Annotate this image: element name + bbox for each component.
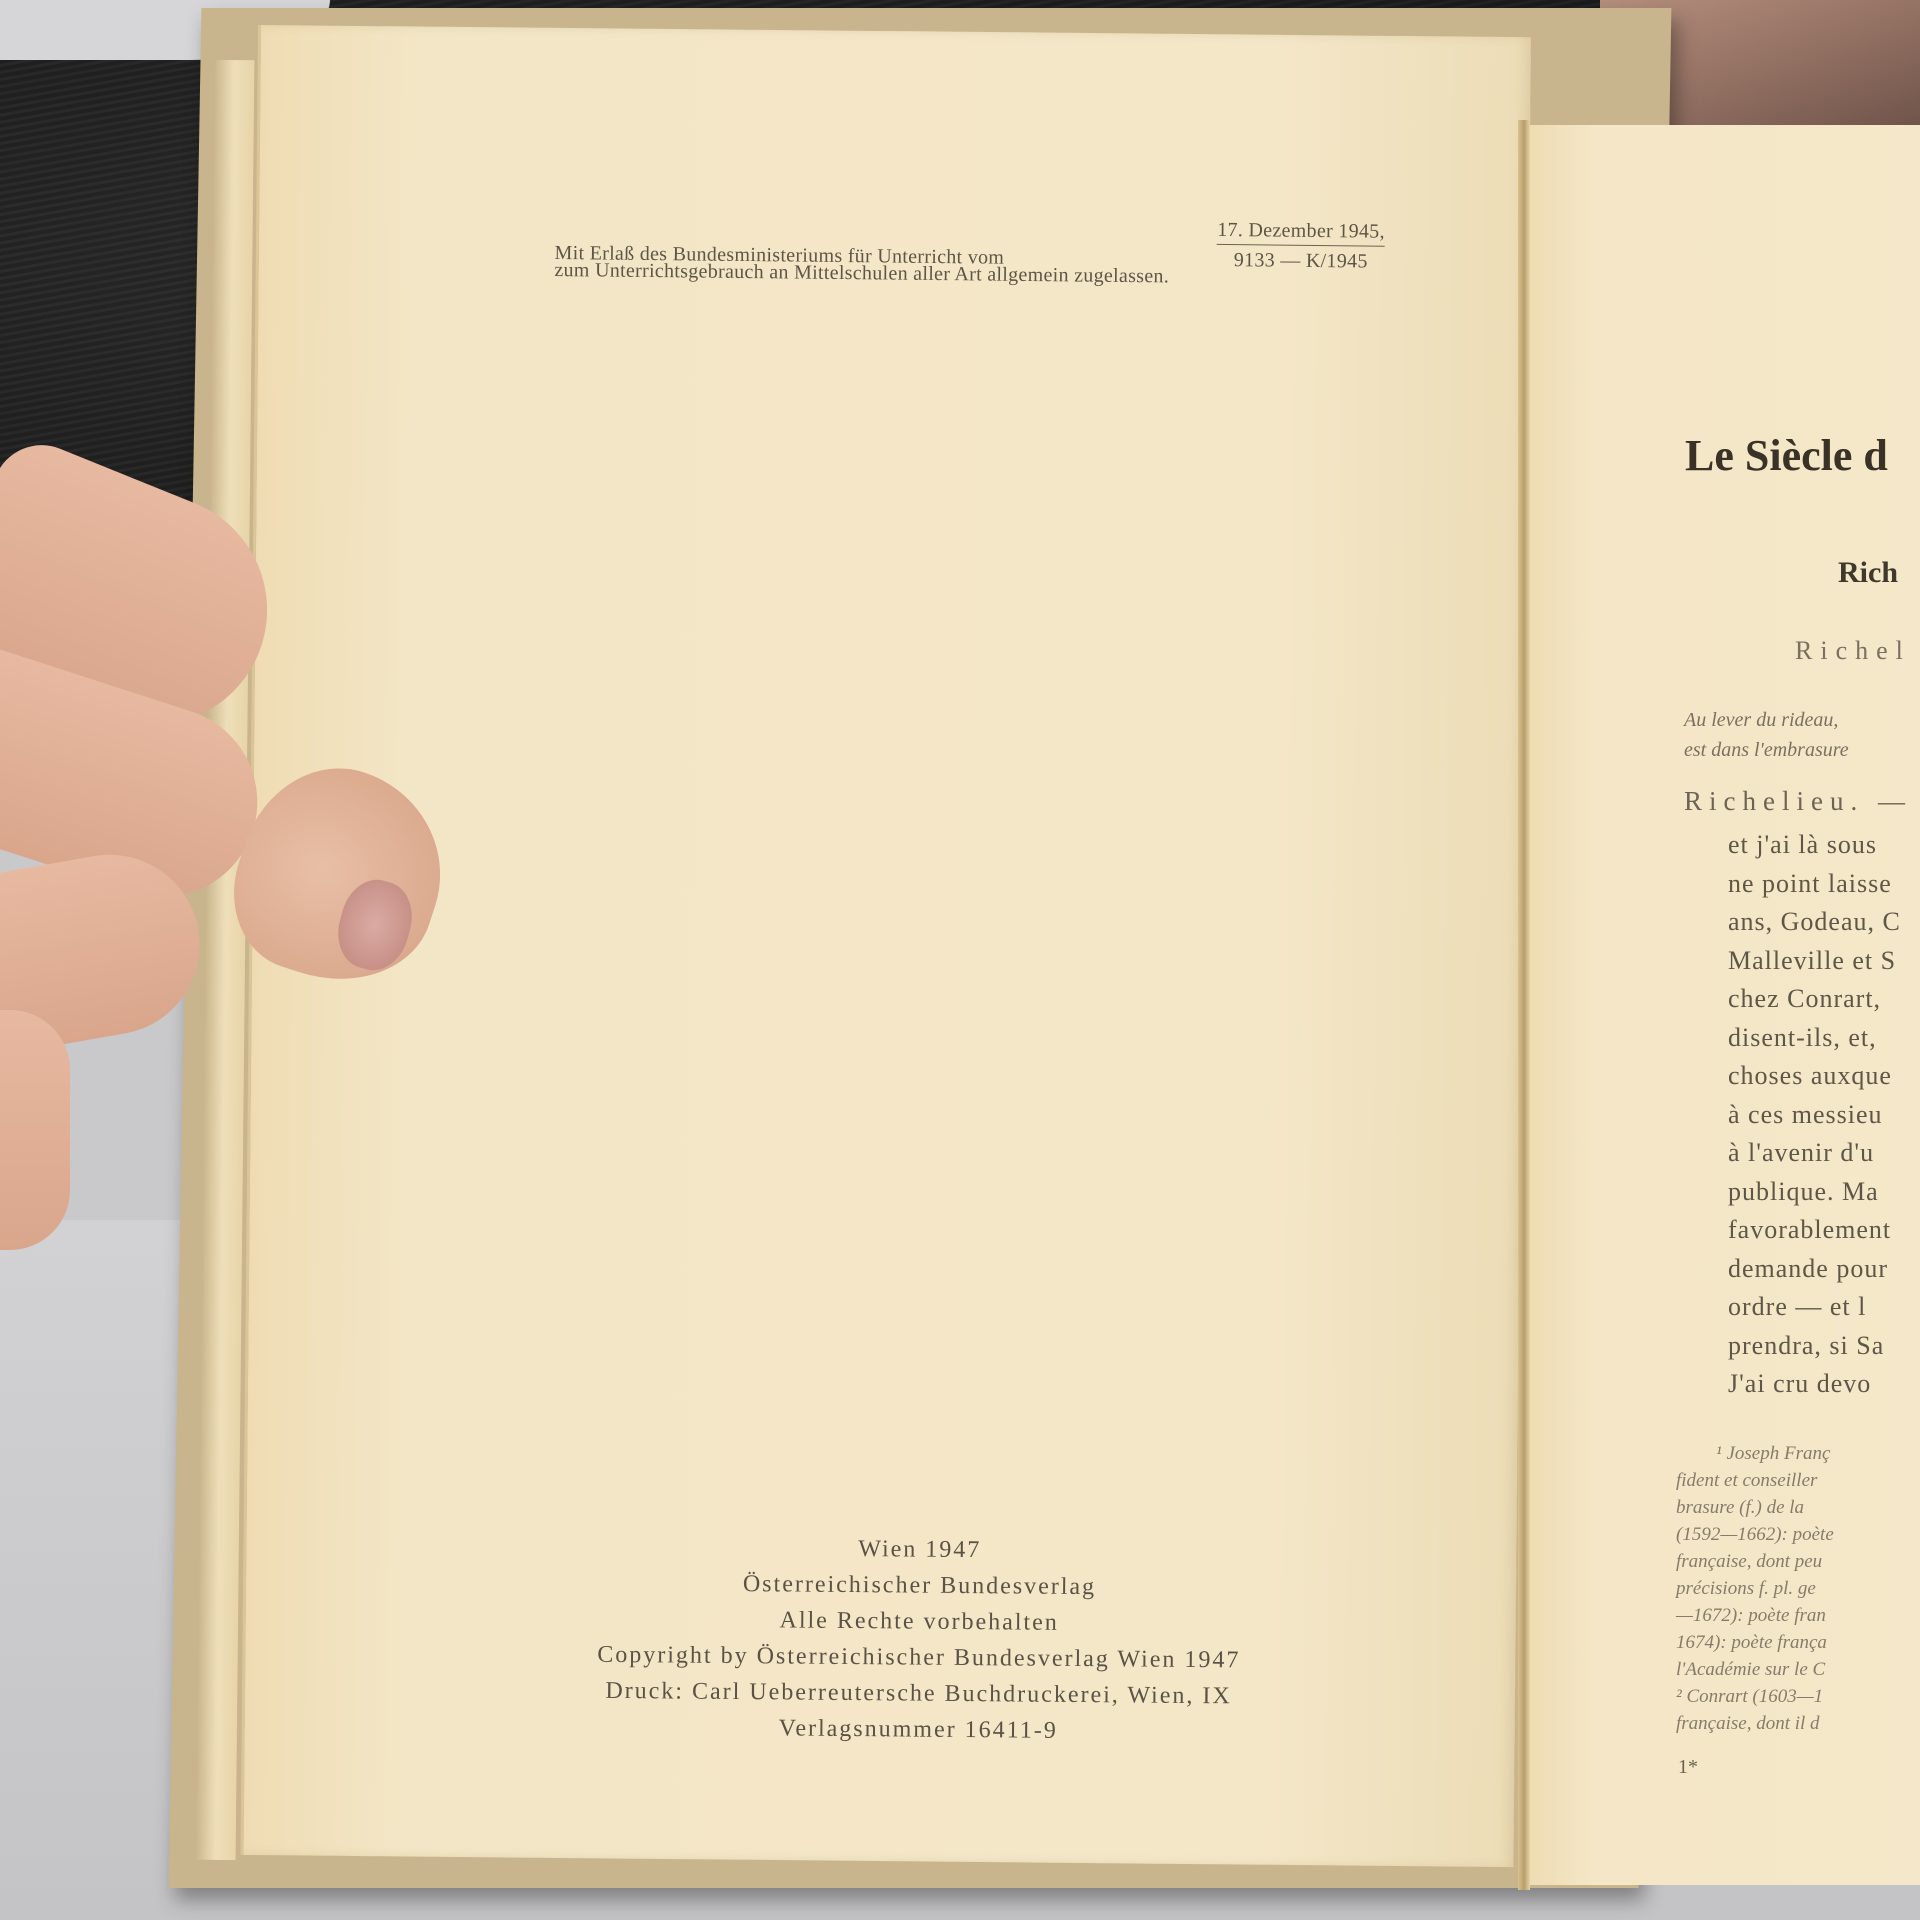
imprint-printer: Druck: Carl Ueberreutersche Buchdruckere… (503, 1672, 1333, 1715)
stage-direction-line: est dans l'embrasure (1684, 735, 1849, 765)
book-gutter (1518, 120, 1530, 1890)
body-line: ordre — et l (1728, 1288, 1901, 1327)
approval-reference: 9133 — K/1945 (1217, 245, 1385, 274)
approval-date-fraction: 17. Dezember 1945, 9133 — K/1945 (1217, 219, 1385, 274)
speaker-name: Richelieu. — (1684, 786, 1912, 817)
little-finger (0, 1010, 70, 1250)
section-heading: Rich (1838, 556, 1898, 590)
body-text: et j'ai là sous ne point laisse ans, God… (1728, 826, 1901, 1404)
footnote-line: précisions f. pl. ge (1676, 1575, 1834, 1602)
body-line: ans, Godeau, C (1728, 903, 1901, 942)
approval-date: 17. Dezember 1945, (1217, 219, 1385, 247)
body-line: choses auxque (1728, 1057, 1901, 1096)
footnote-line: l'Académie sur le C (1676, 1656, 1834, 1683)
footnote-line: (1592—1662): poète (1676, 1521, 1834, 1548)
body-line: ne point laisse (1728, 865, 1901, 904)
footnote-line: —1672): poète fran (1676, 1602, 1834, 1629)
footnote-line: brasure (f.) de la (1676, 1494, 1834, 1521)
footnote-line: fident et conseiller (1676, 1467, 1834, 1494)
footnote-line: ¹ Joseph Franç (1676, 1440, 1834, 1467)
approval-notice: Mit Erlaß des Bundesministeriums für Unt… (554, 212, 1385, 291)
body-line: J'ai cru devo (1728, 1365, 1901, 1404)
body-line: à l'avenir d'u (1728, 1134, 1901, 1173)
body-line: chez Conrart, (1728, 980, 1901, 1019)
body-line: publique. Ma (1728, 1173, 1901, 1212)
character-heading: Richel (1795, 636, 1911, 666)
imprint-publisher-number: Verlagsnummer 16411-9 (503, 1708, 1333, 1751)
footnote-line: française, dont il d (1676, 1710, 1834, 1737)
body-line: prendra, si Sa (1728, 1327, 1901, 1366)
stage-direction-line: Au lever du rideau, (1684, 705, 1849, 735)
footnotes: ¹ Joseph Franç fident et conseiller bras… (1676, 1440, 1834, 1737)
body-line: et j'ai là sous (1728, 826, 1901, 865)
chapter-title: Le Siècle d (1685, 430, 1888, 481)
body-line: à ces messieu (1728, 1096, 1901, 1135)
body-line: demande pour (1728, 1250, 1901, 1289)
footnote-line: 1674): poète frança (1676, 1629, 1834, 1656)
footnote-line: française, dont peu (1676, 1548, 1834, 1575)
publisher-imprint: Wien 1947 Österreichischer Bundesverlag … (503, 1528, 1335, 1751)
body-line: Malleville et S (1728, 942, 1901, 981)
page-number: 1* (1678, 1756, 1698, 1779)
body-line: favorablement (1728, 1211, 1901, 1250)
body-line: disent-ils, et, (1728, 1019, 1901, 1058)
stage-direction: Au lever du rideau, est dans l'embrasure (1684, 705, 1849, 765)
footnote-line: ² Conrart (1603—1 (1676, 1683, 1834, 1710)
